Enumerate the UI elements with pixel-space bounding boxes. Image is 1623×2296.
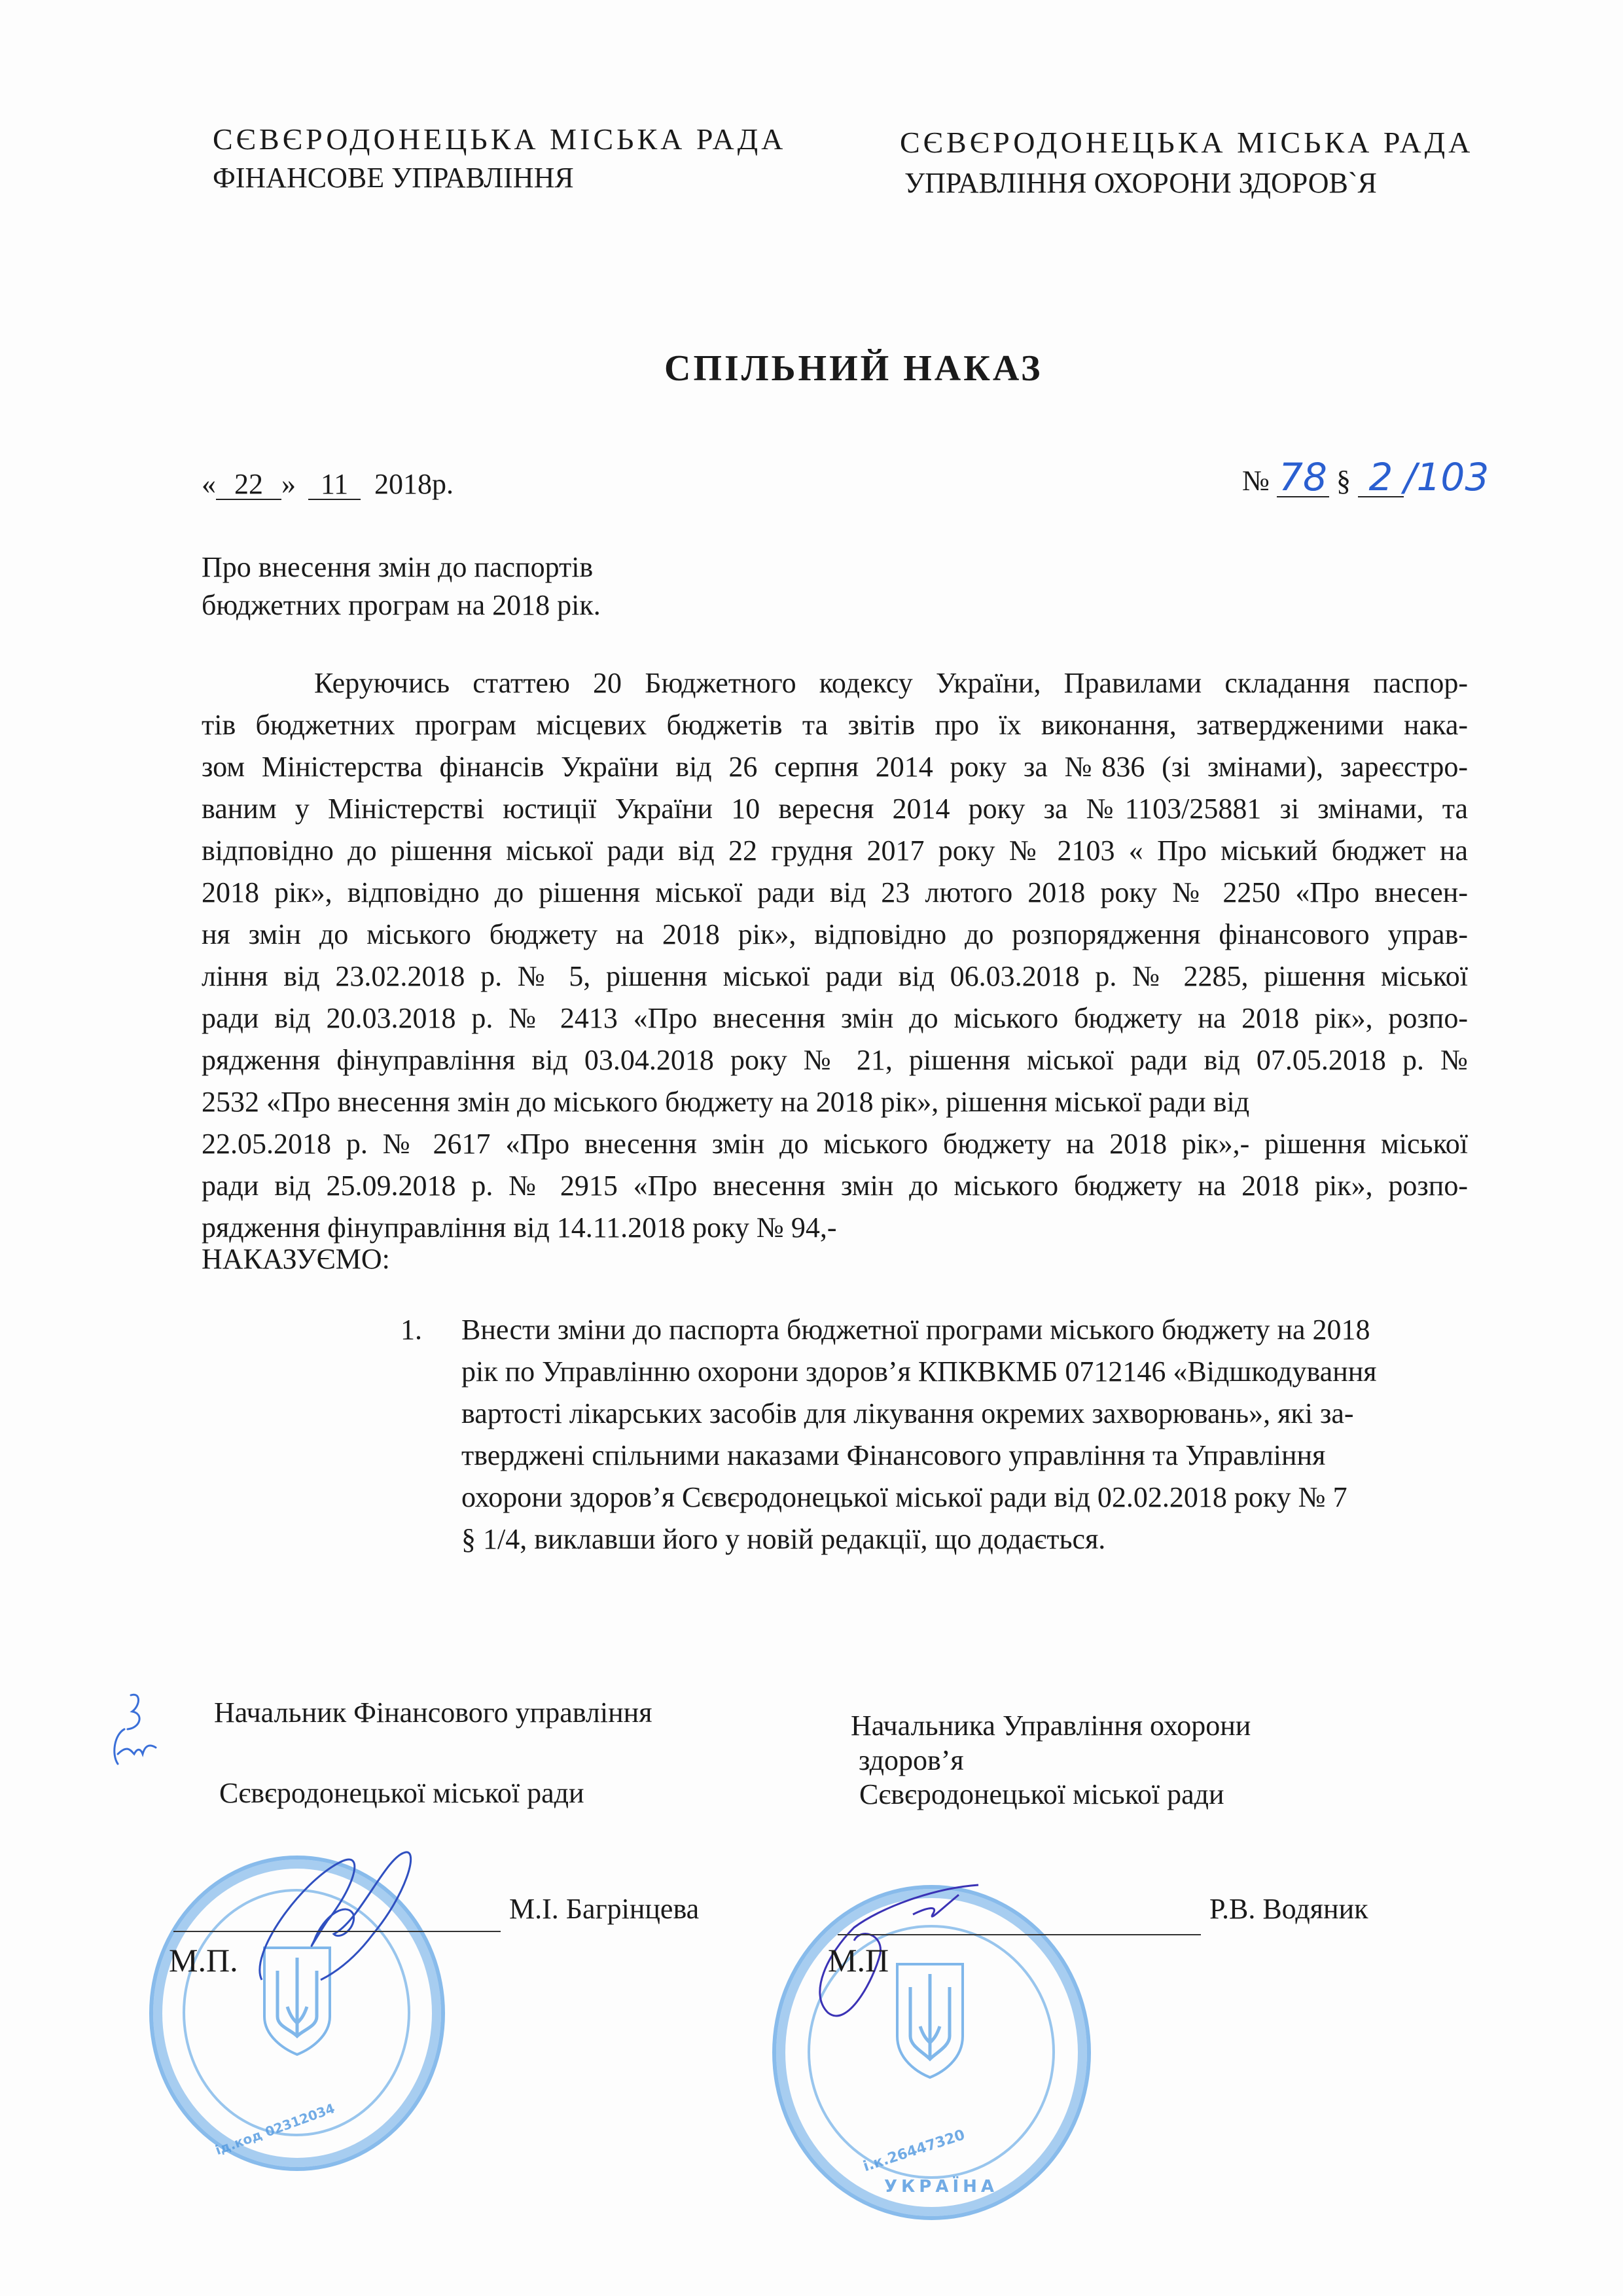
left-signer-position-2: Сєвєродонецької міської ради xyxy=(219,1779,584,1808)
right-stamp-country: УКРАЇНА xyxy=(884,2177,998,2197)
body-line: ради від 20.03.2018 р. № 2413 «Про внесе… xyxy=(202,997,1468,1039)
body-line: 2018 рік», відповідно до рішення міської… xyxy=(202,872,1468,914)
right-signer-name: Р.В. Водяник xyxy=(1209,1895,1368,1924)
right-signer-position-2: здоров’я xyxy=(859,1746,964,1775)
date-close-quote: » xyxy=(281,468,296,500)
body-line: ваним у Міністерстві юстиції України 10 … xyxy=(202,788,1468,830)
handwritten-suffix: /103 xyxy=(1404,455,1489,499)
item-number: 1. xyxy=(401,1309,422,1351)
document-subject: Про внесення змін до паспортів бюджетних… xyxy=(202,548,601,624)
right-signature-line xyxy=(838,1934,1201,1935)
date-day: 22 xyxy=(216,470,281,500)
body-paragraph: Керуючись статтею 20 Бюджетного кодексу … xyxy=(202,662,1468,1249)
body-line: зом Міністерства фінансів України від 26… xyxy=(202,746,1468,788)
document-number: № 78 § 2/103 xyxy=(1242,458,1489,497)
body-line: ради від 25.09.2018 р. № 2915 «Про внесе… xyxy=(202,1165,1468,1207)
subject-line-1: Про внесення змін до паспортів xyxy=(202,548,601,586)
right-signer-position-3: Сєвєродонецької міської ради xyxy=(859,1780,1224,1809)
right-seal-mark: М.П xyxy=(828,1944,889,1977)
left-signer-name: М.І. Багрінцева xyxy=(509,1895,699,1924)
order-label: НАКАЗУЄМО: xyxy=(202,1245,390,1274)
document-date: «22» 11 2018р. xyxy=(202,470,454,500)
left-handwritten-signature-icon xyxy=(209,1842,445,1993)
subject-line-2: бюджетних програм на 2018 рік. xyxy=(202,586,601,624)
left-signature-line xyxy=(173,1931,501,1932)
item-line: § 1/4, виклавши його у новій редакції, щ… xyxy=(461,1518,1522,1560)
body-line: ня змін до міського бюджету на 2018 рік»… xyxy=(202,914,1468,956)
date-month: 11 xyxy=(308,470,361,500)
body-line: рядження фінуправління від 03.04.2018 ро… xyxy=(202,1039,1468,1081)
order-item: Внести зміни до паспорта бюджетної прогр… xyxy=(461,1309,1522,1560)
header-right-dept: УПРАВЛІННЯ ОХОРОНИ ЗДОРОВ`Я xyxy=(904,169,1377,198)
handwritten-section: 2 xyxy=(1358,458,1404,497)
body-line: рядження фінуправління від 14.11.2018 ро… xyxy=(202,1207,1468,1249)
item-line: Внести зміни до паспорта бюджетної прогр… xyxy=(461,1309,1522,1351)
date-open-quote: « xyxy=(202,468,216,500)
handwritten-number: 78 xyxy=(1277,458,1329,497)
date-year: 2018р. xyxy=(374,468,454,500)
item-line: вартості лікарських засобів для лікуванн… xyxy=(461,1393,1522,1435)
body-line: 22.05.2018 р. № 2617 «Про внесення змін … xyxy=(202,1123,1468,1165)
handwritten-initials-icon xyxy=(105,1689,170,1774)
body-line: Керуючись статтею 20 Бюджетного кодексу … xyxy=(202,662,1468,704)
document-page: СЄВЄРОДОНЕЦЬКА МІСЬКА РАДА ФІНАНСОВЕ УПР… xyxy=(0,0,1623,2296)
header-right-org: СЄВЄРОДОНЕЦЬКА МІСЬКА РАДА xyxy=(900,128,1473,158)
number-prefix: № xyxy=(1242,465,1270,497)
left-signer-position-1: Начальник Фінансового управління xyxy=(214,1698,652,1727)
item-line: тверджені спільними наказами Фінансового… xyxy=(461,1435,1522,1477)
body-line: ління від 23.02.2018 р. № 5, рішення міс… xyxy=(202,956,1468,997)
body-line: 2532 «Про внесення змін до міського бюдж… xyxy=(202,1081,1468,1123)
left-seal-mark: М.П. xyxy=(169,1944,238,1977)
body-line: відповідно до рішення міської ради від 2… xyxy=(202,830,1468,872)
document-title: СПІЛЬНИЙ НАКАЗ xyxy=(664,350,1043,387)
header-left-org: СЄВЄРОДОНЕЦЬКА МІСЬКА РАДА xyxy=(213,124,786,154)
item-line: охорони здоров’я Сєвєродонецької міської… xyxy=(461,1477,1522,1518)
body-line: тів бюджетних програм місцевих бюджетів … xyxy=(202,704,1468,746)
right-signer-position-1: Начальника Управління охорони xyxy=(851,1712,1251,1740)
section-sign: § xyxy=(1336,465,1351,497)
header-left-dept: ФІНАНСОВЕ УПРАВЛІННЯ xyxy=(213,164,574,192)
item-line: рік по Управлінню охорони здоров’я КПКВК… xyxy=(461,1351,1522,1393)
